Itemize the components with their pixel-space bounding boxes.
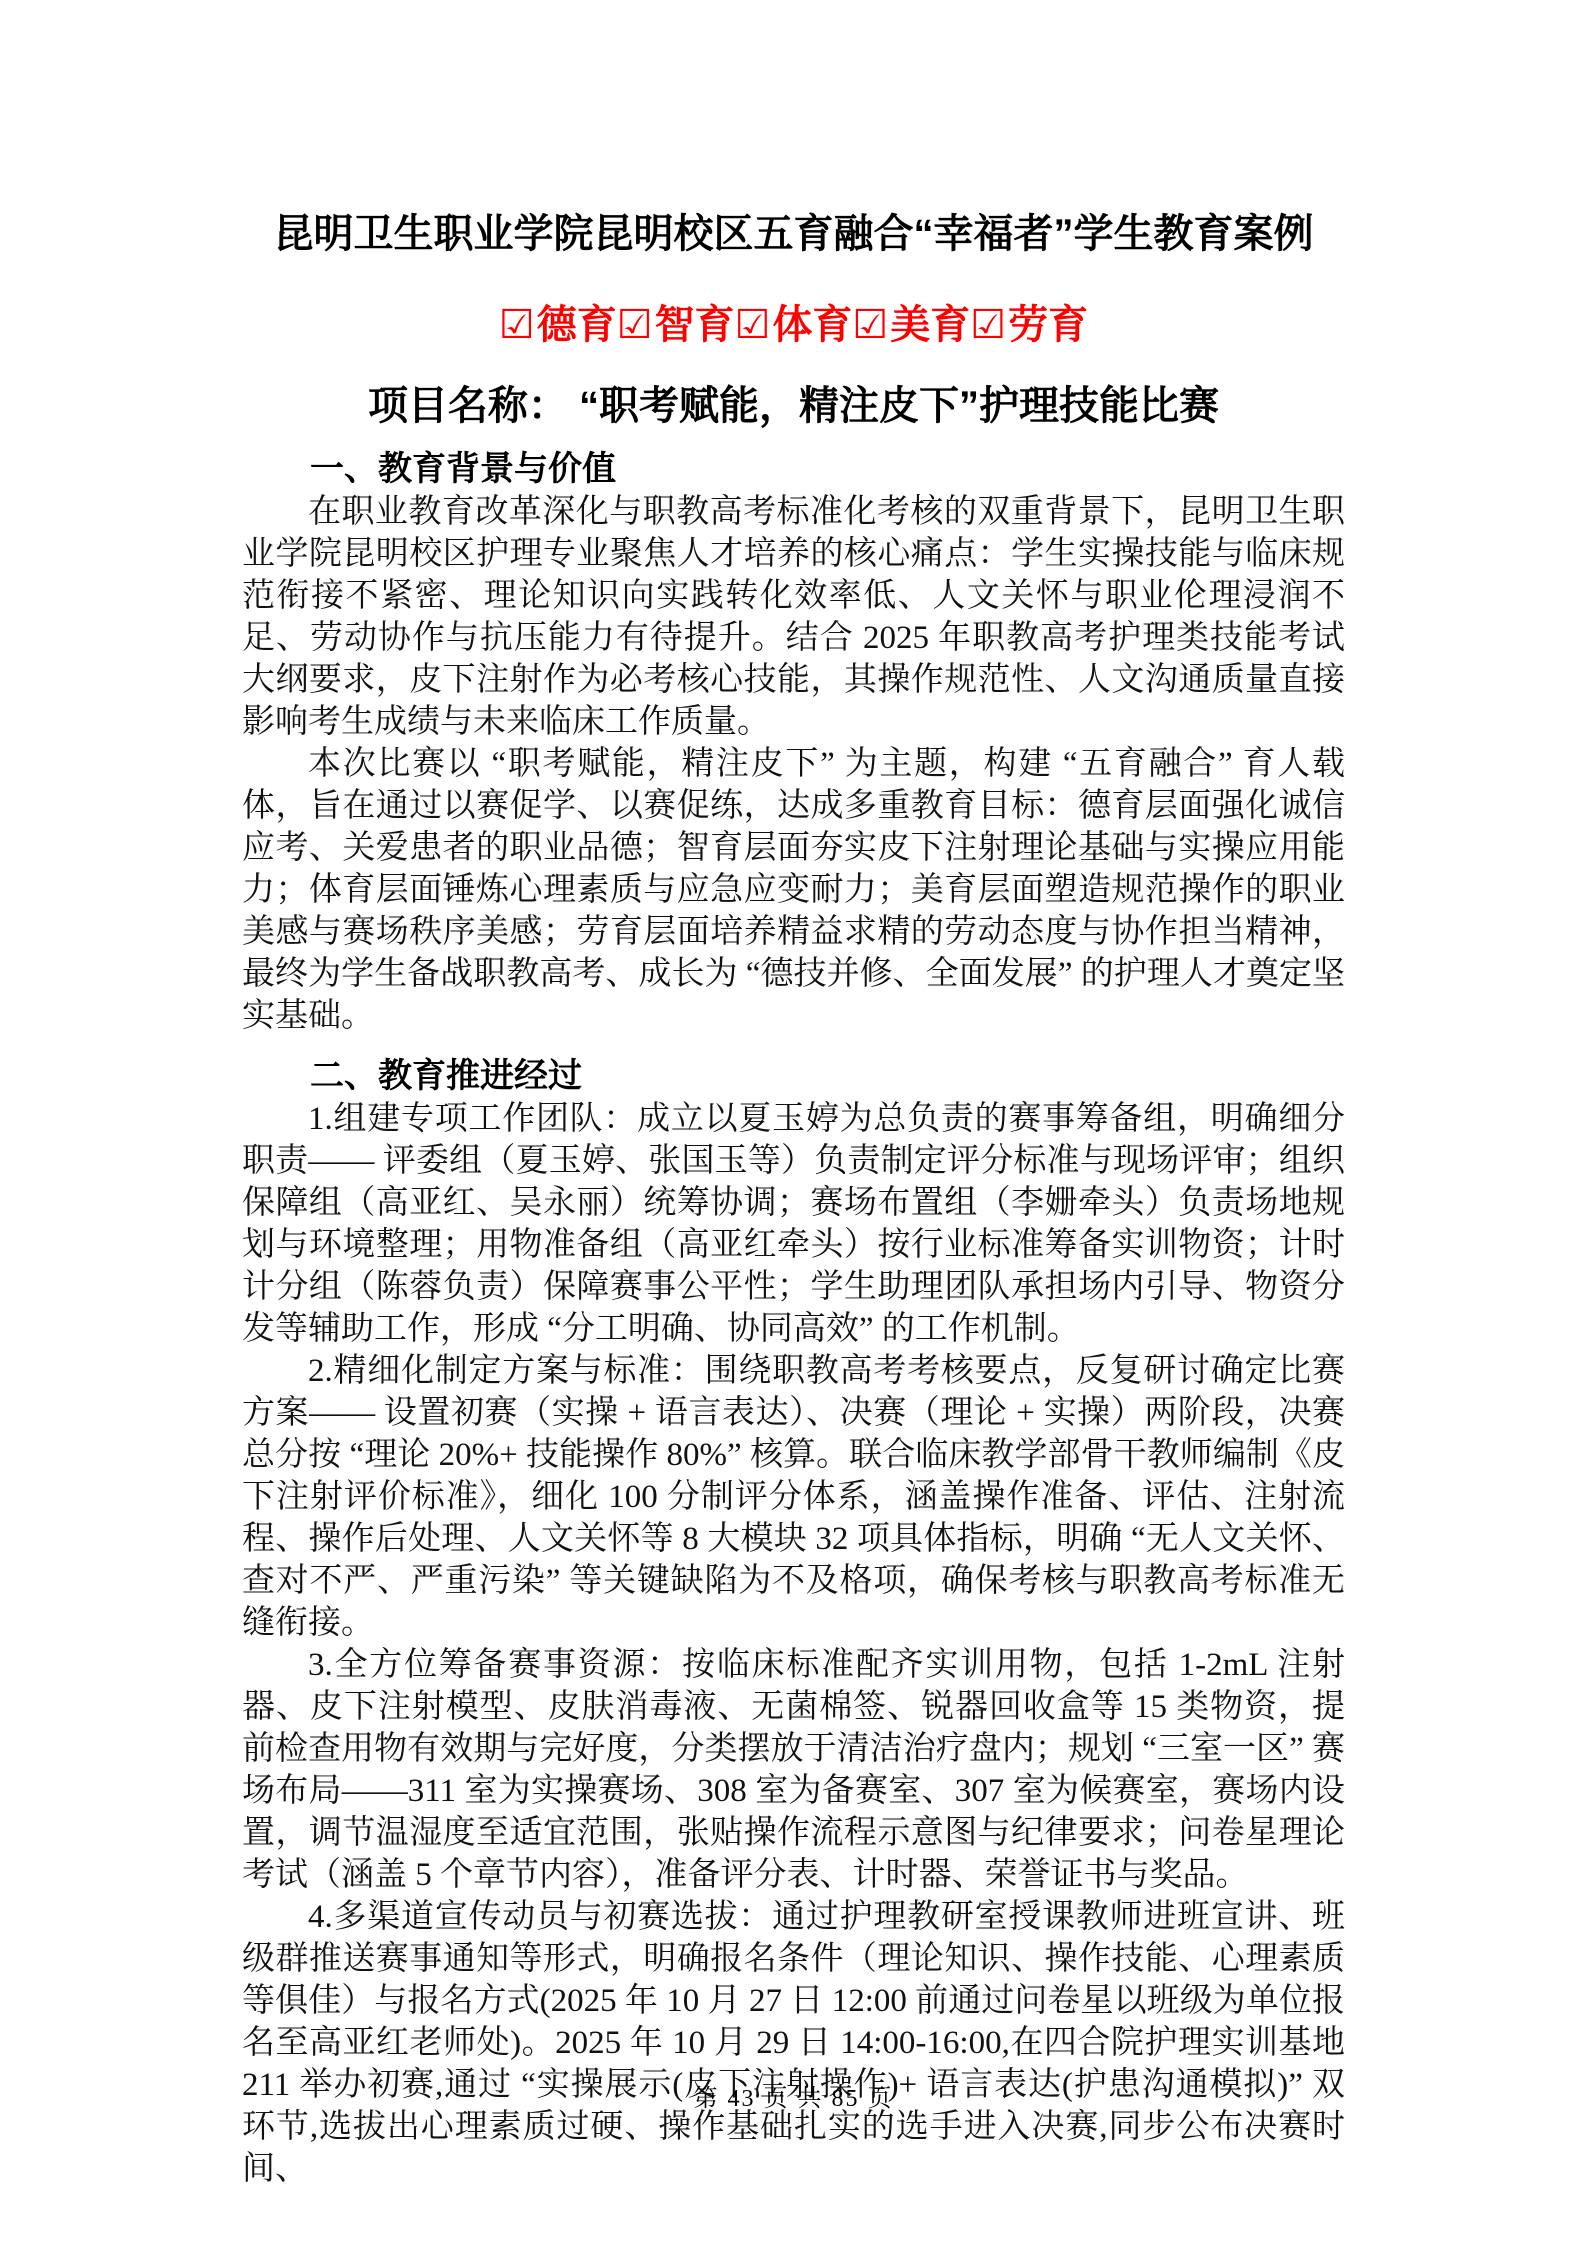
checked-checkbox-icon: ☑ [852, 303, 888, 347]
document-page: 昆明卫生职业学院昆明校区五育融合“幸福者”学生教育案例 ☑德育☑智育☑体育☑美育… [0, 0, 1587, 2245]
paragraph-process-4: 4.多渠道宣传动员与初赛选拔：通过护理教研室授课教师进班宣讲、班级群推送赛事通知… [242, 1896, 1345, 2190]
paragraph-process-1: 1.组建专项工作团队：成立以夏玉婷为总负责的赛事筹备组，明确细分职责—— 评委组… [242, 1098, 1345, 1350]
category-item-laoyu: ☑劳育 [970, 303, 1088, 347]
checked-checkbox-icon: ☑ [735, 303, 771, 347]
checked-checkbox-icon: ☑ [499, 303, 535, 347]
category-item-zhiyu: ☑智育 [617, 303, 735, 347]
category-line: ☑德育☑智育☑体育☑美育☑劳育 [242, 303, 1345, 347]
category-label: 体育 [772, 303, 852, 347]
page-number-text: 第 43 页 共 85 页 [694, 2086, 894, 2112]
paragraph-background-2: 本次比赛以 “职考赋能，精注皮下” 为主题，构建 “五育融合” 育人载体，旨在通… [242, 743, 1345, 1037]
category-label: 智育 [655, 303, 735, 347]
document-content: 昆明卫生职业学院昆明校区五育融合“幸福者”学生教育案例 ☑德育☑智育☑体育☑美育… [242, 210, 1345, 2190]
category-item-tiyu: ☑体育 [735, 303, 853, 347]
checked-checkbox-icon: ☑ [970, 303, 1006, 347]
section-heading-process: 二、教育推进经过 [242, 1056, 1345, 1098]
paragraph-process-2: 2.精细化制定方案与标准：围绕职教高考考核要点，反复研讨确定比赛方案—— 设置初… [242, 1350, 1345, 1644]
category-item-meiyu: ☑美育 [852, 303, 970, 347]
paragraph-background-1: 在职业教育改革深化与职教高考标准化考核的双重背景下，昆明卫生职业学院昆明校区护理… [242, 491, 1345, 743]
main-title: 昆明卫生职业学院昆明校区五育融合“幸福者”学生教育案例 [242, 210, 1345, 258]
category-label: 劳育 [1008, 303, 1088, 347]
project-title: 项目名称： “职考赋能，精注皮下”护理技能比赛 [242, 383, 1345, 430]
page-footer: 第 43 页 共 85 页 [0, 2084, 1587, 2114]
section-heading-background: 一、教育背景与价值 [242, 449, 1345, 491]
category-label: 美育 [890, 303, 970, 347]
category-item-deyu: ☑德育 [499, 303, 617, 347]
paragraph-process-3: 3.全方位筹备赛事资源：按临床标准配齐实训用物，包括 1-2mL 注射器、皮下注… [242, 1644, 1345, 1896]
checked-checkbox-icon: ☑ [617, 303, 653, 347]
category-label: 德育 [537, 303, 617, 347]
